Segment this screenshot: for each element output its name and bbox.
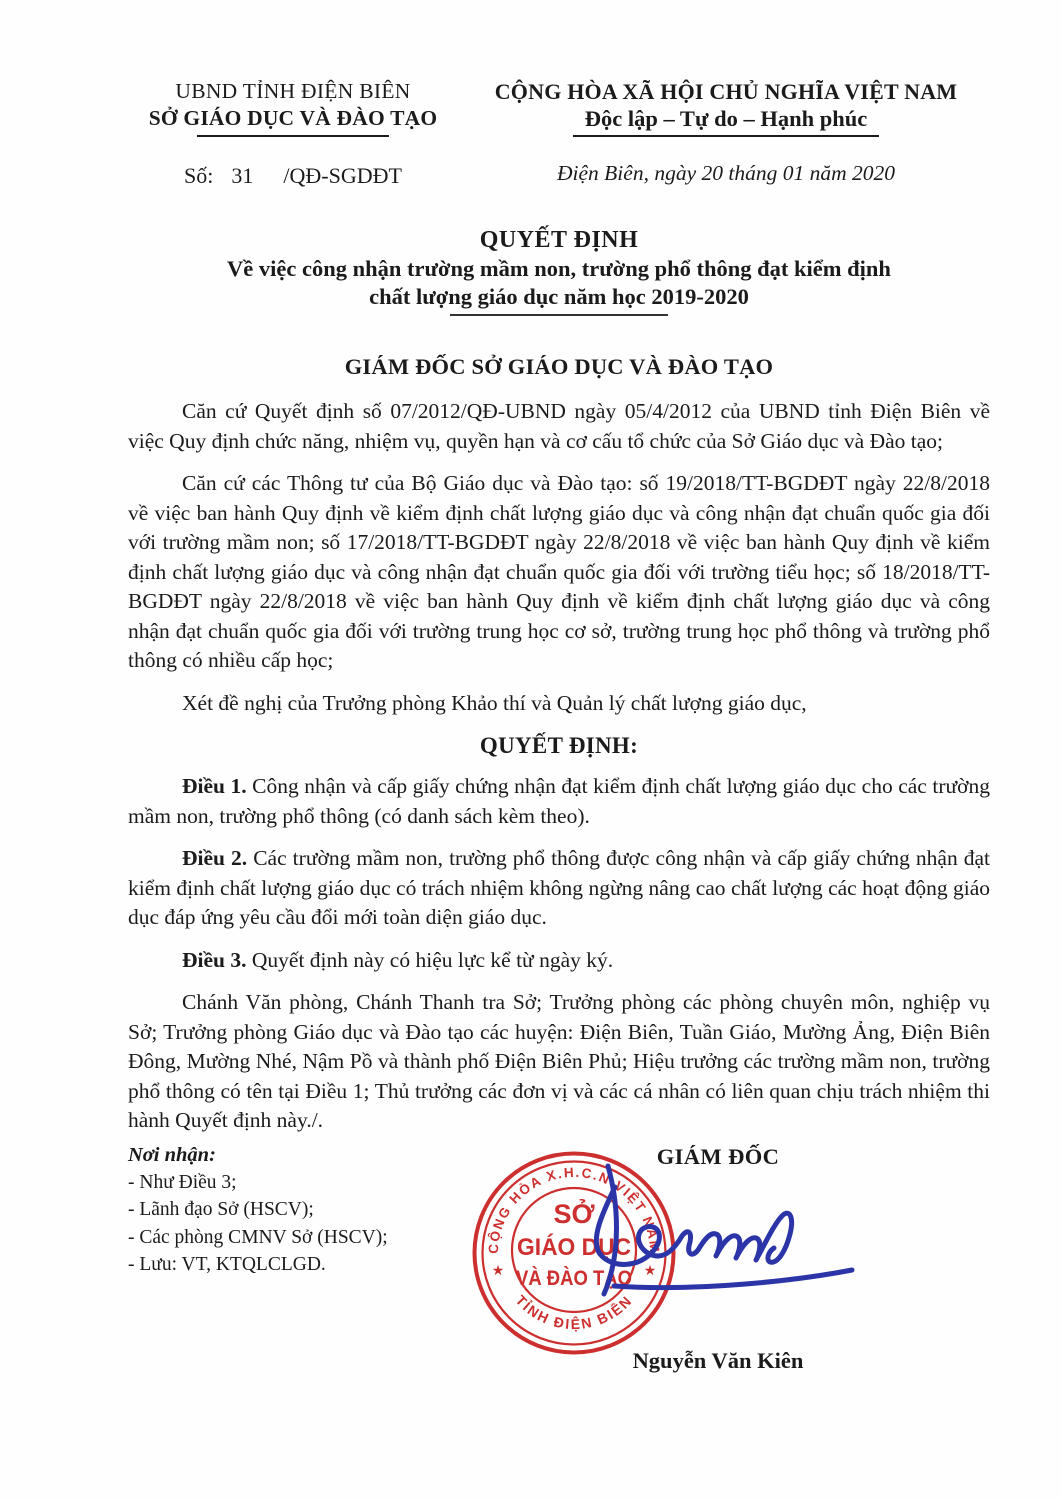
agency-underline: [197, 135, 389, 137]
issuing-agency-block: UBND TỈNH ĐIỆN BIÊN SỞ GIÁO DỤC VÀ ĐÀO T…: [128, 78, 458, 189]
article-2-label: Điều 2.: [182, 846, 247, 870]
motto-underline: [573, 135, 879, 137]
recipient-item: - Lưu: VT, KTQLCLGD.: [128, 1251, 388, 1279]
article-1: Điều 1. Công nhận và cấp giấy chứng nhận…: [128, 772, 990, 831]
closing-paragraph: Chánh Văn phòng, Chánh Thanh tra Sở; Trư…: [128, 988, 990, 1136]
title-underline: [450, 314, 668, 316]
recipient-item: - Lãnh đạo Sở (HSCV);: [128, 1196, 388, 1224]
place-dateline: Điện Biên, ngày 20 tháng 01 năm 2020: [480, 161, 972, 186]
stamp-star-left: ★: [492, 1262, 505, 1278]
preamble-paragraph: Căn cứ các Thông tư của Bộ Giáo dục và Đ…: [128, 469, 990, 676]
document-title-block: QUYẾT ĐỊNH Về việc công nhận trường mầm …: [128, 225, 990, 316]
decree-heading: QUYẾT ĐỊNH:: [128, 733, 990, 759]
document-subject-line2: chất lượng giáo dục năm học 2019-2020: [128, 283, 990, 311]
doc-no-suffix: /QĐ-SGDĐT: [283, 163, 402, 188]
document-type-title: QUYẾT ĐỊNH: [128, 225, 990, 255]
country-name: CỘNG HÒA XÃ HỘI CHỦ NGHĨA VIỆT NAM: [480, 78, 972, 105]
article-1-label: Điều 1.: [182, 774, 247, 798]
article-1-text: Công nhận và cấp giấy chứng nhận đạt kiể…: [128, 774, 990, 828]
recipient-item: - Các phòng CMNV Sở (HSCV);: [128, 1224, 388, 1252]
document-subject-line1: Về việc công nhận trường mầm non, trường…: [128, 255, 990, 283]
doc-no-label: Số:: [184, 163, 213, 188]
document-header: UBND TỈNH ĐIỆN BIÊN SỞ GIÁO DỤC VÀ ĐÀO T…: [128, 78, 990, 189]
doc-no-value: 31: [231, 163, 253, 188]
national-motto: Độc lập – Tự do – Hạnh phúc: [480, 105, 972, 132]
article-2: Điều 2. Các trường mầm non, trường phổ t…: [128, 844, 990, 933]
recipients-heading: Nơi nhận:: [128, 1142, 388, 1169]
agency-name: SỞ GIÁO DỤC VÀ ĐÀO TẠO: [128, 105, 458, 132]
parent-agency: UBND TỈNH ĐIỆN BIÊN: [128, 78, 458, 105]
signature-ink-graphic: [540, 1152, 870, 1312]
article-3-label: Điều 3.: [182, 948, 247, 972]
signature-footer: Nơi nhận: - Như Điều 3; - Lãnh đạo Sở (H…: [128, 1142, 990, 1494]
document-number: Số:31/QĐ-SGDĐT: [128, 163, 458, 189]
issuer-heading: GIÁM ĐỐC SỞ GIÁO DỤC VÀ ĐÀO TẠO: [128, 354, 990, 380]
article-3-text: Quyết định này có hiệu lực kể từ ngày ký…: [247, 948, 614, 972]
preamble-paragraph: Xét đề nghị của Trưởng phòng Khảo thí và…: [128, 689, 990, 719]
preamble-paragraph: Căn cứ Quyết định số 07/2012/QĐ-UBND ngà…: [128, 397, 990, 456]
article-2-text: Các trường mầm non, trường phổ thông đượ…: [128, 846, 990, 929]
document-page: UBND TỈNH ĐIỆN BIÊN SỞ GIÁO DỤC VÀ ĐÀO T…: [0, 0, 1061, 1500]
article-3: Điều 3. Quyết định này có hiệu lực kể từ…: [128, 946, 990, 976]
recipients-block: Nơi nhận: - Như Điều 3; - Lãnh đạo Sở (H…: [128, 1142, 388, 1279]
handwritten-signature: [540, 1152, 870, 1312]
national-motto-block: CỘNG HÒA XÃ HỘI CHỦ NGHĨA VIỆT NAM Độc l…: [480, 78, 972, 189]
recipient-item: - Như Điều 3;: [128, 1169, 388, 1197]
